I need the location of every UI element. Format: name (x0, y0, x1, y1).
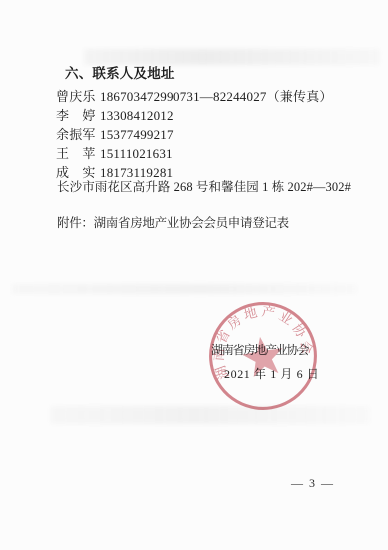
contact-fax: 0731—82244027（兼传真） (173, 86, 333, 105)
contact-address: 长沙市雨花区高升路 268 号和馨佳园 1 栋 202#—302# (57, 177, 351, 195)
contact-row: 王 苹15111021631 (56, 143, 173, 162)
contact-name: 余振军 (56, 124, 100, 143)
attachment-note: 附件：湖南省房地产业协会会员申请登记表 (57, 213, 289, 231)
contact-row: 李 婷13308412012 (56, 105, 174, 124)
contact-phone: 13308412012 (100, 108, 174, 123)
contact-phone: 15111021631 (100, 146, 173, 161)
official-seal: 湖南省房地产业协会 (198, 291, 328, 421)
section-heading: 六、联系人及地址 (65, 62, 175, 82)
document-page: 六、联系人及地址 曾庆乐18670347299 0731—82244027（兼传… (0, 0, 388, 550)
page-number: — 3 — (291, 476, 335, 491)
contact-phone: 18670347299 (100, 89, 174, 104)
contact-name: 王 苹 (56, 143, 100, 162)
contact-name: 曾庆乐 (56, 86, 100, 105)
bleed-smudge (50, 406, 370, 424)
contact-phone: 15377499217 (100, 127, 174, 142)
contact-row: 余振军15377499217 (56, 124, 174, 143)
star-icon (240, 334, 286, 379)
contact-name: 李 婷 (56, 105, 100, 124)
contact-row: 曾庆乐18670347299 (56, 86, 174, 105)
